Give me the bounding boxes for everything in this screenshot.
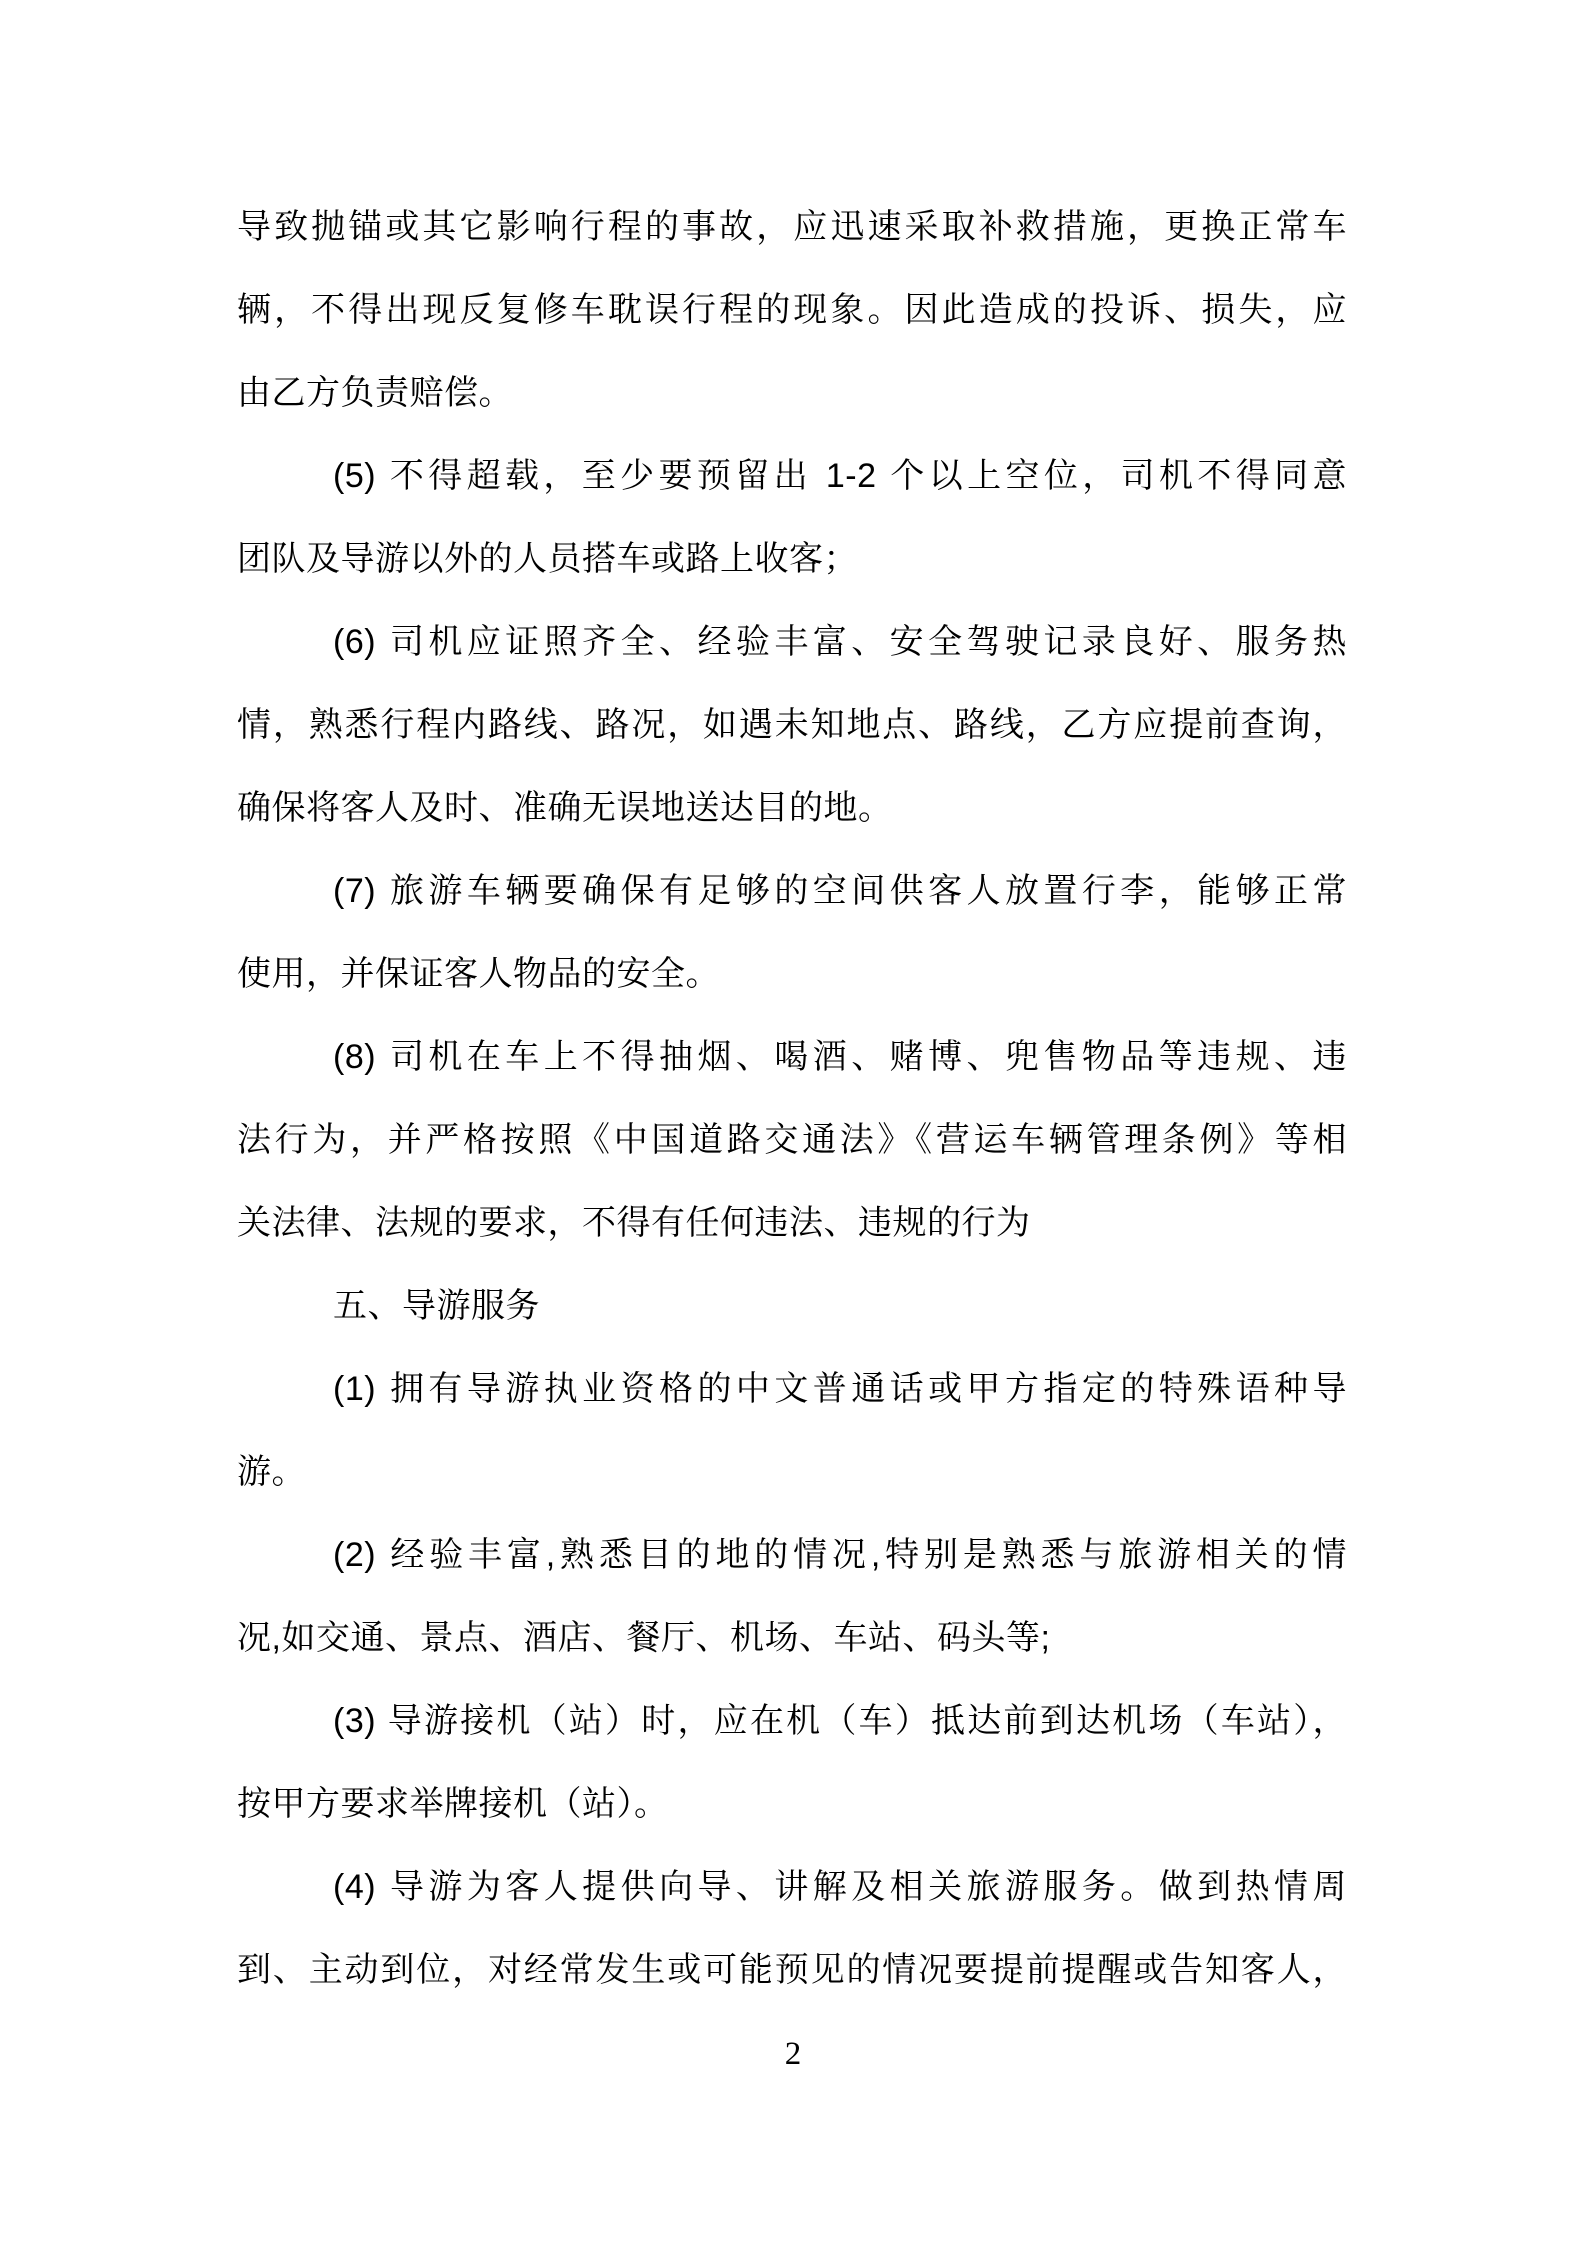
text-line: 确保将客人及时、准确无误地送达目的地。 (237, 767, 1347, 850)
text-line: (3) 导游接机（站）时，应在机（车）抵达前到达机场（车站）， (237, 1680, 1347, 1763)
document-page: 导致抛锚或其它影响行程的事故，应迅速采取补救措施，更换正常车辆，不得出现反复修车… (0, 0, 1586, 2244)
document-body: 导致抛锚或其它影响行程的事故，应迅速采取补救措施，更换正常车辆，不得出现反复修车… (237, 186, 1347, 2012)
text-line: (8) 司机在车上不得抽烟、喝酒、赌博、兜售物品等违规、违 (237, 1016, 1347, 1099)
text-line: (4) 导游为客人提供向导、讲解及相关旅游服务。做到热情周 (237, 1846, 1347, 1929)
text-line: 辆，不得出现反复修车耽误行程的现象。因此造成的投诉、损失，应 (237, 269, 1347, 352)
text-line: 团队及导游以外的人员搭车或路上收客； (237, 518, 1347, 601)
text-line: 按甲方要求举牌接机（站）。 (237, 1763, 1347, 1846)
text-line: 况,如交通、景点、酒店、餐厅、机场、车站、码头等; (237, 1597, 1347, 1680)
text-line: 由乙方负责赔偿。 (237, 352, 1347, 435)
text-line: (2) 经验丰富,熟悉目的地的情况,特别是熟悉与旅游相关的情 (237, 1514, 1347, 1597)
page-number: 2 (0, 2036, 1586, 2073)
text-line: (6) 司机应证照齐全、经验丰富、安全驾驶记录良好、服务热 (237, 601, 1347, 684)
text-line: 关法律、法规的要求，不得有任何违法、违规的行为 (237, 1182, 1347, 1265)
text-line: 游。 (237, 1431, 1347, 1514)
text-line: 法行为，并严格按照《中国道路交通法》《营运车辆管理条例》等相 (237, 1099, 1347, 1182)
text-line: 使用，并保证客人物品的安全。 (237, 933, 1347, 1016)
text-line: (5) 不得超载，至少要预留出 1-2 个以上空位，司机不得同意 (237, 435, 1347, 518)
text-line: 情，熟悉行程内路线、路况，如遇未知地点、路线，乙方应提前查询， (237, 684, 1347, 767)
text-line: 到、主动到位，对经常发生或可能预见的情况要提前提醒或告知客人， (237, 1929, 1347, 2012)
text-line: 导致抛锚或其它影响行程的事故，应迅速采取补救措施，更换正常车 (237, 186, 1347, 269)
text-line: (7) 旅游车辆要确保有足够的空间供客人放置行李，能够正常 (237, 850, 1347, 933)
text-line: (1) 拥有导游执业资格的中文普通话或甲方指定的特殊语种导 (237, 1348, 1347, 1431)
text-line: 五、导游服务 (237, 1265, 1347, 1348)
